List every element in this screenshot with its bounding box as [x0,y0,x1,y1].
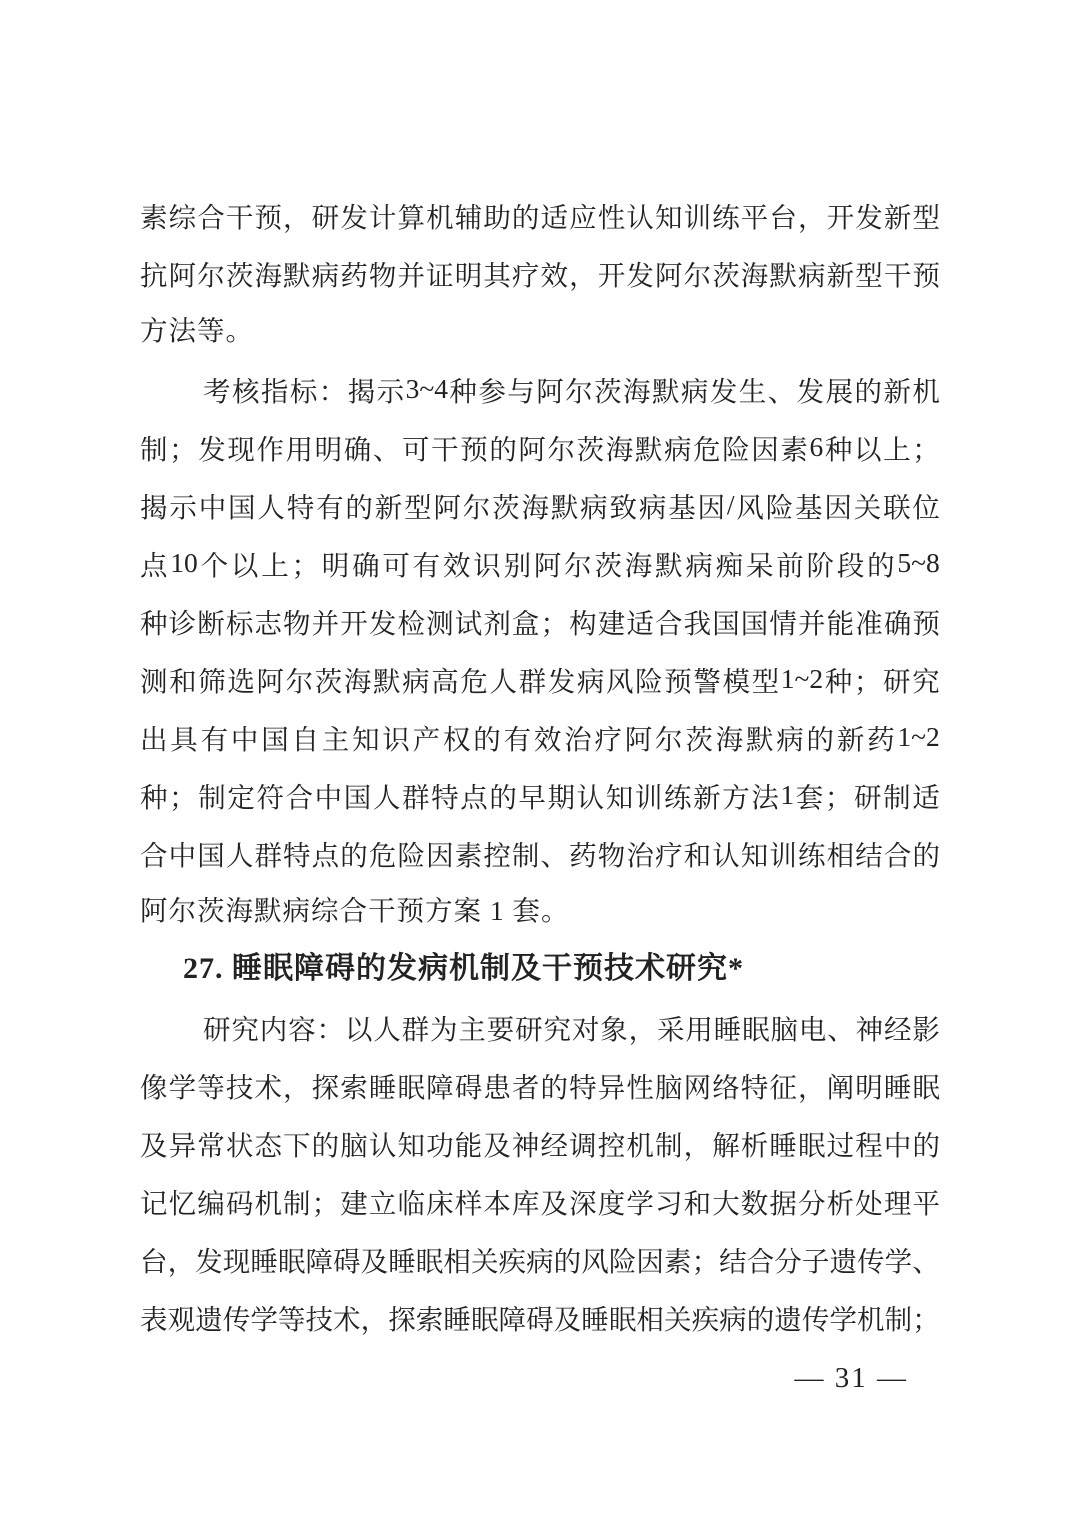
text-line: 出具有中国自主知识产权的有效治疗阿尔茨海默病的新药 1~2 [140,708,940,766]
text-line: 方法等。 [140,302,940,360]
text-line: 揭示中国人特有的新型阿尔茨海默病致病基因/风险基因关联位 [140,476,940,534]
text-line: 研究内容：以人群为主要研究对象，采用睡眠脑电、神经影 [140,998,940,1056]
text-line: 及异常状态下的脑认知功能及神经调控机制，解析睡眠过程中的 [140,1114,940,1172]
text-line: 素综合干预，研发计算机辅助的适应性认知训练平台，开发新型 [140,186,940,244]
text-lines: 素综合干预，研发计算机辅助的适应性认知训练平台，开发新型抗阿尔茨海默病药物并证明… [140,186,940,1346]
text-line: 合中国人群特点的危险因素控制、药物治疗和认知训练相结合的 [140,824,940,882]
text-line: 像学等技术，探索睡眠障碍患者的特异性脑网络特征，阐明睡眠 [140,1056,940,1114]
text-line: 考核指标：揭示 3~4 种参与阿尔茨海默病发生、发展的新机 [140,360,940,418]
text-line: 阿尔茨海默病综合干预方案 1 套。 [140,882,940,940]
text-line: 台，发现睡眠障碍及睡眠相关疾病的风险因素；结合分子遗传学、 [140,1230,940,1288]
page-number: — 31 — [795,1349,909,1407]
text-line: 点 10 个以上；明确可有效识别阿尔茨海默病痴呆前阶段的 5~8 [140,534,940,592]
text-line: 抗阿尔茨海默病药物并证明其疗效，开发阿尔茨海默病新型干预 [140,244,940,302]
text-line: 种；制定符合中国人群特点的早期认知训练新方法 1 套；研制适 [140,766,940,824]
document-page: 素综合干预，研发计算机辅助的适应性认知训练平台，开发新型抗阿尔茨海默病药物并证明… [0,0,1080,1527]
text-line: 测和筛选阿尔茨海默病高危人群发病风险预警模型 1~2 种；研究 [140,650,940,708]
text-line: 制；发现作用明确、可干预的阿尔茨海默病危险因素 6 种以上； [140,418,940,476]
section-heading: 27. 睡眠障碍的发病机制及干预技术研究* [140,940,940,998]
text-line: 种诊断标志物并开发检测试剂盒；构建适合我国国情并能准确预 [140,592,940,650]
text-line: 记忆编码机制；建立临床样本库及深度学习和大数据分析处理平 [140,1172,940,1230]
text-line: 表观遗传学等技术，探索睡眠障碍及睡眠相关疾病的遗传学机制； [140,1288,940,1346]
